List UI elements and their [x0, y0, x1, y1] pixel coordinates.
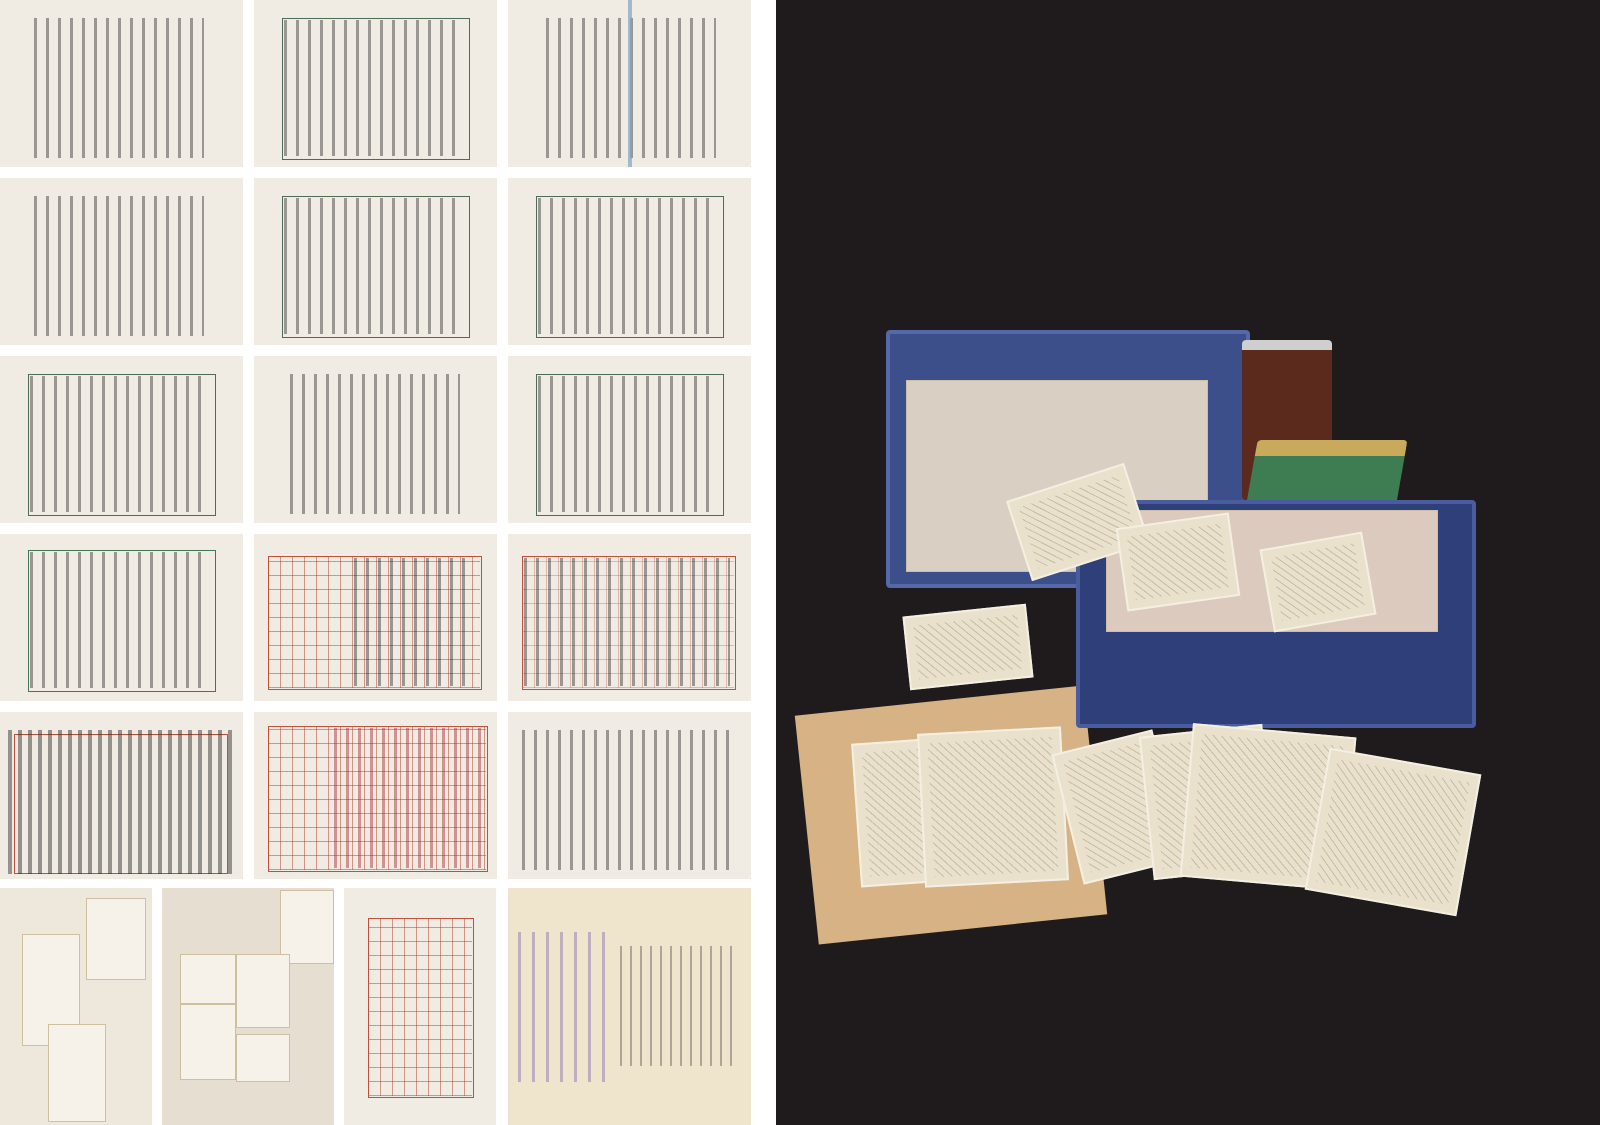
- manuscript-collage-page: [162, 888, 334, 1125]
- sketch-card: [1259, 532, 1376, 633]
- sketch-card: [1116, 512, 1241, 611]
- manuscript-page: [0, 356, 243, 523]
- manuscript-page: [254, 0, 497, 167]
- manuscript-page: [508, 0, 751, 167]
- manuscript-page: [508, 178, 751, 345]
- manuscript-page: [254, 356, 497, 523]
- manuscript-page: [254, 178, 497, 345]
- sketch-card: [902, 604, 1033, 691]
- manuscript-page: [254, 534, 497, 701]
- typed-document-page: [508, 888, 751, 1125]
- manuscript-page: [0, 712, 243, 879]
- sketch-card: [1305, 748, 1482, 917]
- manuscript-page: [0, 178, 243, 345]
- sketch-card: [917, 726, 1069, 887]
- manuscript-page: [0, 534, 243, 701]
- manuscript-page: [508, 534, 751, 701]
- manuscript-collage: [0, 0, 772, 1125]
- manuscript-collage-page: [0, 888, 152, 1125]
- manuscript-page: [0, 0, 243, 167]
- manuscript-page: [508, 356, 751, 523]
- archive-photo: [776, 0, 1600, 1125]
- manuscript-page: [344, 888, 496, 1125]
- manuscript-page: [254, 712, 497, 879]
- manuscript-page: [508, 712, 751, 879]
